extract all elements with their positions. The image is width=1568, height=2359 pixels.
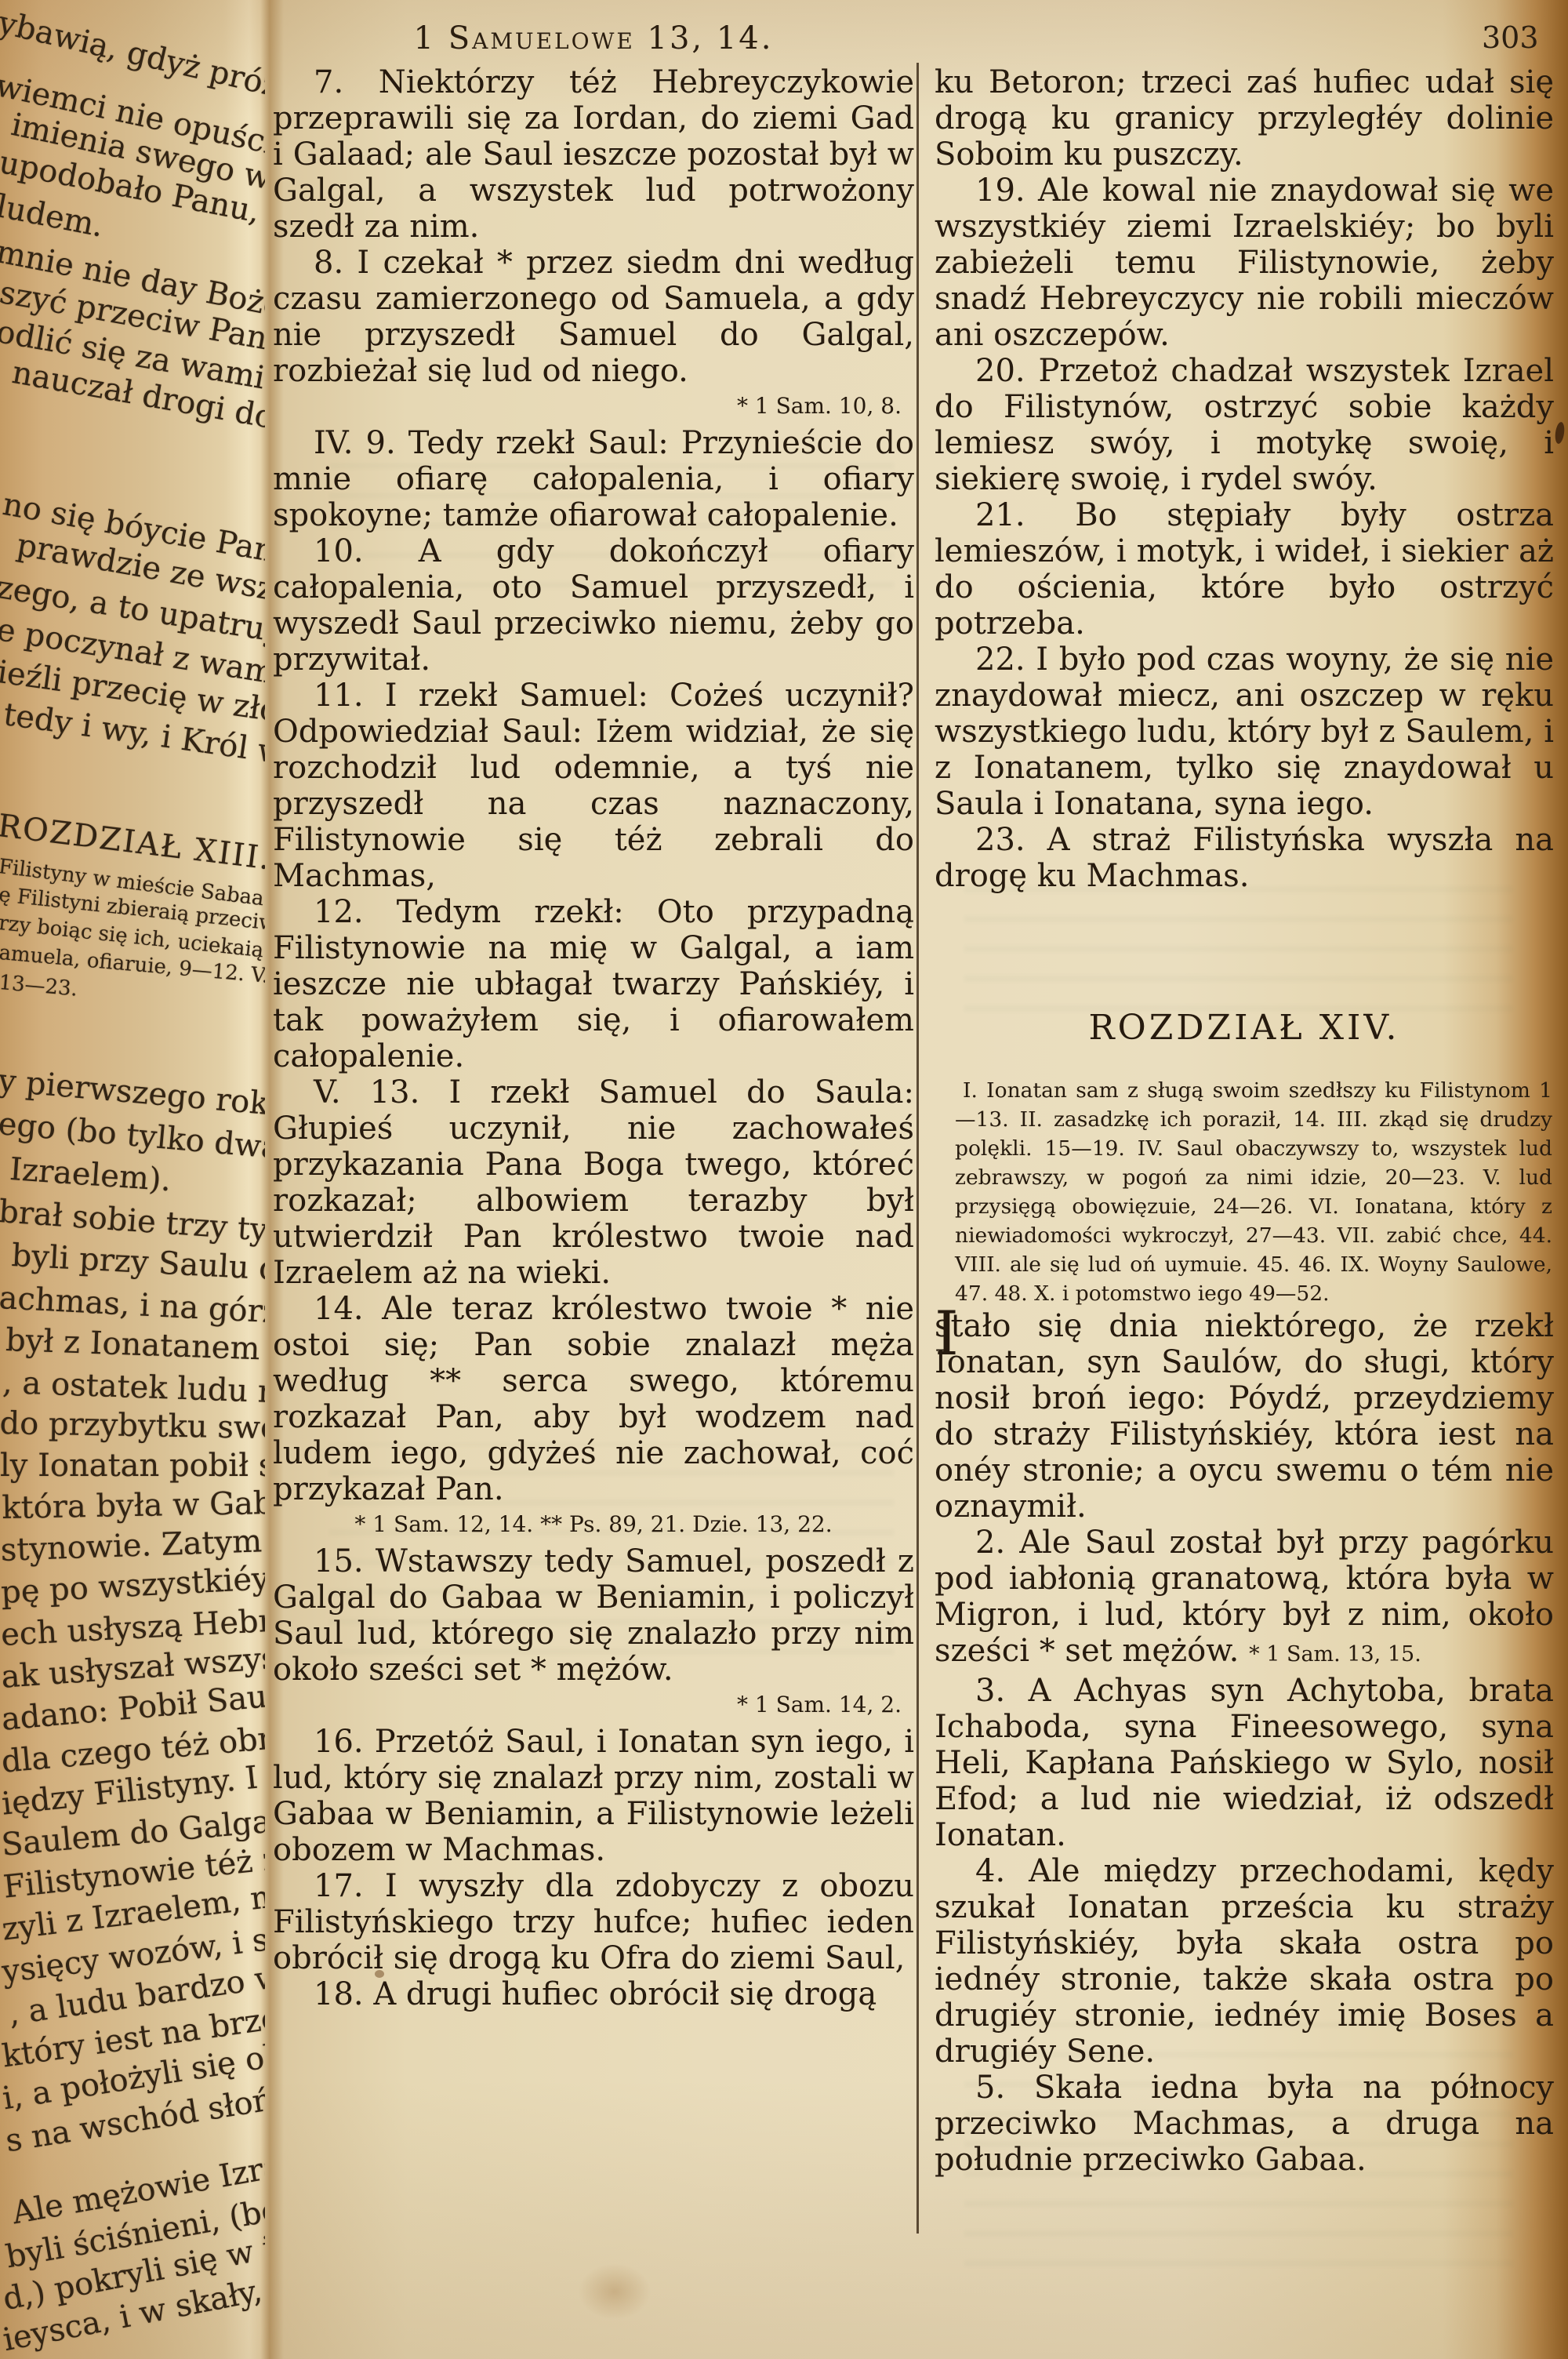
verse-3: 3. A Achyas syn Achytoba, brata Ichaboda… xyxy=(935,1673,1554,1853)
verse-22: 22. I było pod czas woyny, że się nie zn… xyxy=(935,642,1554,822)
chapter-heading: ROZDZIAŁ XIV. xyxy=(935,1010,1554,1046)
verse-19: 19. Ale kowal nie znaydował się we wszys… xyxy=(935,173,1554,353)
paper-fleck xyxy=(375,1970,384,1978)
verse-1-chapter14: Istało się dnia niektórego, że rzekł Ion… xyxy=(935,1308,1554,1525)
verse-2-text: 2. Ale Saul został był przy pagórku pod … xyxy=(935,1525,1554,1669)
verse-9: IV. 9. Tedy rzekł Saul: Przynieście do m… xyxy=(273,425,914,533)
book-page-photo: ybawią, gdyż próżnoświemci nie opuści Pa… xyxy=(0,0,1568,2359)
adjacent-page-text-fragment: do przybytku swego. xyxy=(0,1405,265,1447)
verse-2: 2. Ale Saul został był przy pagórku pod … xyxy=(935,1525,1554,1673)
verse-16: 16. Przetóż Saul, i Ionatan syn iego, i … xyxy=(273,1724,914,1868)
verse-7: 7. Niektórzy téż Hebreyczykowie przepraw… xyxy=(273,64,914,245)
adjacent-page-text-fragment: był z Ionatanem w xyxy=(5,1322,265,1369)
chapter-summary: I. Ionatan sam z sługą swoim szedłszy ku… xyxy=(955,1076,1552,1308)
adjacent-page-text-fragment: 13—23. xyxy=(0,971,78,1001)
adjacent-page-text-fragment: , a ostatek ludu ro xyxy=(2,1365,265,1411)
footnote-ref: * 1 Sam. 12, 14. ** Ps. 89, 21. Dzie. 13… xyxy=(273,1509,914,1540)
verse-18: 18. A drugi hufiec obrócił się drogą xyxy=(273,1976,914,2012)
verse-14: 14. Ale teraz królestwo twoie * nie osto… xyxy=(273,1291,914,1507)
footnote-ref: * 1 Sam. 14, 2. xyxy=(273,1689,914,1721)
inline-footnote-ref: * 1 Sam. 13, 15. xyxy=(1249,1642,1421,1667)
verse-17: 17. I wyszły dla zdobyczy z obozu Filist… xyxy=(273,1868,914,1976)
text-column-right: ku Betoron; trzeci zaś hufiec udał się d… xyxy=(935,64,1554,2178)
verse-18-continuation: ku Betoron; trzeci zaś hufiec udał się d… xyxy=(935,64,1554,173)
adjacent-page-text-strip: ybawią, gdyż próżnoświemci nie opuści Pa… xyxy=(0,0,265,2359)
verse-8: 8. I czekał * przez siedm dni według cza… xyxy=(273,245,914,389)
verse-4: 4. Ale między przechodami, kędy szukał I… xyxy=(935,1853,1554,2070)
scanned-book-photo: { "header": { "title": "1 Samuelowe 13, … xyxy=(0,0,1568,2359)
verse-23: 23. A straż Filistyńska wyszła na drogę … xyxy=(935,822,1554,894)
adjacent-page-text-fragment: Izraelem). xyxy=(9,1151,172,1198)
adjacent-page-text-fragment: która była w Gabaa, i xyxy=(2,1484,265,1526)
verse-5: 5. Skała iedna była na północy przeciwko… xyxy=(935,2070,1554,2178)
verse-11: 11. I rzekł Samuel: Cożeś uczynił? Odpow… xyxy=(273,678,914,894)
verse-12: 12. Tedym rzekł: Oto przypadną Filistyno… xyxy=(273,894,914,1074)
paper-stain xyxy=(579,2263,651,2320)
adjacent-page-text-fragment: stynowie. Zatym Saul xyxy=(0,1521,265,1568)
adjacent-page-text-fragment: ly Ionatan pobił stra xyxy=(0,1448,265,1484)
page-number: 303 xyxy=(1482,20,1539,55)
drop-cap-initial: I xyxy=(935,1303,959,1365)
footnote-ref: * 1 Sam. 10, 8. xyxy=(273,391,914,422)
verse-20: 20. Przetoż chadzał wszystek Izrael do F… xyxy=(935,353,1554,497)
verse-15: 15. Wstawszy tedy Samuel, poszedł z Galg… xyxy=(273,1543,914,1688)
page-edge-mark xyxy=(1554,421,1566,444)
verse-1-text: stało się dnia niektórego, że rzekł Iona… xyxy=(935,1308,1554,1525)
text-column-left: 7. Niektórzy téż Hebreyczykowie przepraw… xyxy=(273,64,914,2012)
running-head-title: 1 Samuelowe 13, 14. xyxy=(273,20,914,56)
verse-10: 10. A gdy dokończył ofiary całopalenia, … xyxy=(273,533,914,678)
column-divider-rule xyxy=(916,63,919,2234)
verse-21: 21. Bo stępiały były ostrza lemieszów, i… xyxy=(935,497,1554,642)
verse-13: V. 13. I rzekł Samuel do Saula: Głupieś … xyxy=(273,1074,914,1291)
